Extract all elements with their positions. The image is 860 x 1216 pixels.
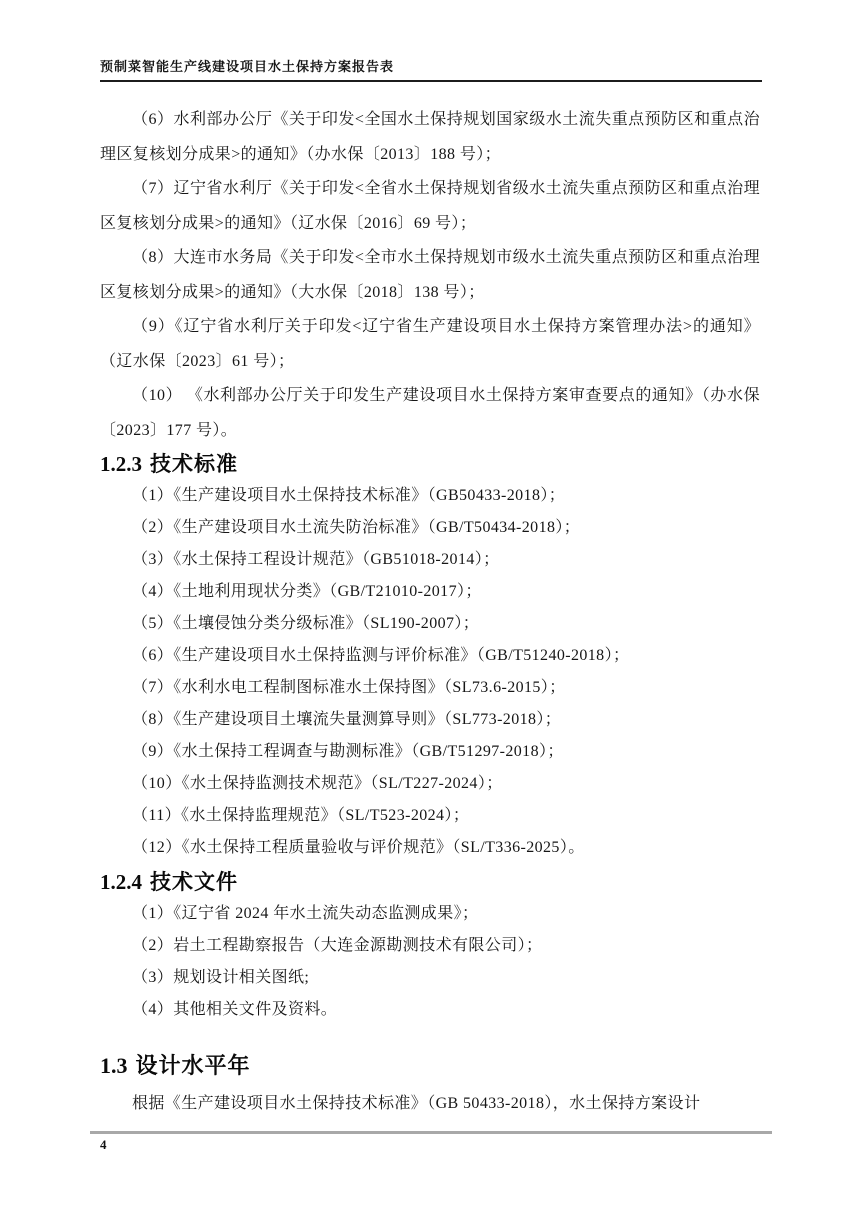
standard-item-6: （6）《生产建设项目水土保持监测与评价标准》（GB/T51240-2018）； bbox=[100, 640, 760, 672]
section-heading-design-level-year: 1.3设计水平年 bbox=[100, 1052, 760, 1081]
footer-divider bbox=[90, 1131, 772, 1134]
standard-item-2: （2）《生产建设项目水土流失防治标准》（GB/T50434-2018）； bbox=[100, 512, 760, 544]
document-body: （6）水利部办公厅《关于印发<全国水土保持规划国家级水土流失重点预防区和重点治理… bbox=[100, 81, 760, 1122]
reference-paragraph-6: （6）水利部办公厅《关于印发<全国水土保持规划国家级水土流失重点预防区和重点治理… bbox=[100, 103, 760, 172]
file-item-2: （2）岩土工程勘察报告（大连金源勘测技术有限公司）； bbox=[100, 930, 760, 962]
section-heading-technical-files: 1.2.4技术文件 bbox=[100, 869, 760, 896]
standard-item-11: （11）《水土保持监理规范》（SL/T523-2024）； bbox=[100, 800, 760, 832]
section-title: 设计水平年 bbox=[136, 1054, 251, 1079]
reference-paragraph-8: （8）大连市水务局《关于印发<全市水土保持规划市级水土流失重点预防区和重点治理区… bbox=[100, 241, 760, 310]
standard-item-9: （9）《水土保持工程调查与勘测标准》（GB/T51297-2018）； bbox=[100, 736, 760, 768]
standard-item-5: （5）《土壤侵蚀分类分级标准》（SL190-2007）； bbox=[100, 608, 760, 640]
standard-item-8: （8）《生产建设项目土壤流失量测算导则》（SL773-2018）； bbox=[100, 704, 760, 736]
page-header: 预制菜智能生产线建设项目水土保持方案报告表 bbox=[100, 56, 762, 82]
standard-item-7: （7）《水利水电工程制图标准水土保持图》（SL73.6-2015）； bbox=[100, 672, 760, 704]
running-header-title: 预制菜智能生产线建设项目水土保持方案报告表 bbox=[100, 56, 762, 75]
file-item-4: （4）其他相关文件及资料。 bbox=[100, 994, 760, 1026]
page-footer: 4 bbox=[0, 1131, 860, 1153]
section-number: 1.2.3 bbox=[100, 452, 142, 476]
standard-item-3: （3）《水土保持工程设计规范》（GB51018-2014）； bbox=[100, 544, 760, 576]
reference-paragraph-10: （10） 《水利部办公厅关于印发生产建设项目水土保持方案审查要点的通知》（办水保… bbox=[100, 379, 760, 448]
document-page: 预制菜智能生产线建设项目水土保持方案报告表 （6）水利部办公厅《关于印发<全国水… bbox=[0, 0, 860, 1216]
file-item-3: （3）规划设计相关图纸; bbox=[100, 962, 760, 994]
section-number: 1.3 bbox=[100, 1053, 128, 1078]
file-item-1: （1）《辽宁省 2024 年水土流失动态监测成果》； bbox=[100, 898, 760, 930]
section-title: 技术标准 bbox=[150, 452, 238, 476]
section-title: 技术文件 bbox=[150, 870, 238, 894]
section-heading-technical-standards: 1.2.3技术标准 bbox=[100, 451, 760, 478]
standard-item-4: （4）《土地利用现状分类》（GB/T21010-2017）； bbox=[100, 576, 760, 608]
reference-paragraph-9: （9）《辽宁省水利厅关于印发<辽宁省生产建设项目水土保持方案管理办法>的通知》（… bbox=[100, 310, 760, 379]
section-number: 1.2.4 bbox=[100, 870, 142, 894]
standard-item-12: （12）《水土保持工程质量验收与评价规范》（SL/T336-2025）。 bbox=[100, 832, 760, 864]
design-year-paragraph: 根据《生产建设项目水土保持技术标准》（GB 50433-2018），水土保持方案… bbox=[100, 1087, 760, 1122]
reference-paragraph-7: （7）辽宁省水利厅《关于印发<全省水土保持规划省级水土流失重点预防区和重点治理区… bbox=[100, 172, 760, 241]
standard-item-10: （10）《水土保持监测技术规范》（SL/T227-2024）； bbox=[100, 768, 760, 800]
standard-item-1: （1）《生产建设项目水土保持技术标准》（GB50433-2018）； bbox=[100, 480, 760, 512]
page-number: 4 bbox=[100, 1137, 860, 1153]
